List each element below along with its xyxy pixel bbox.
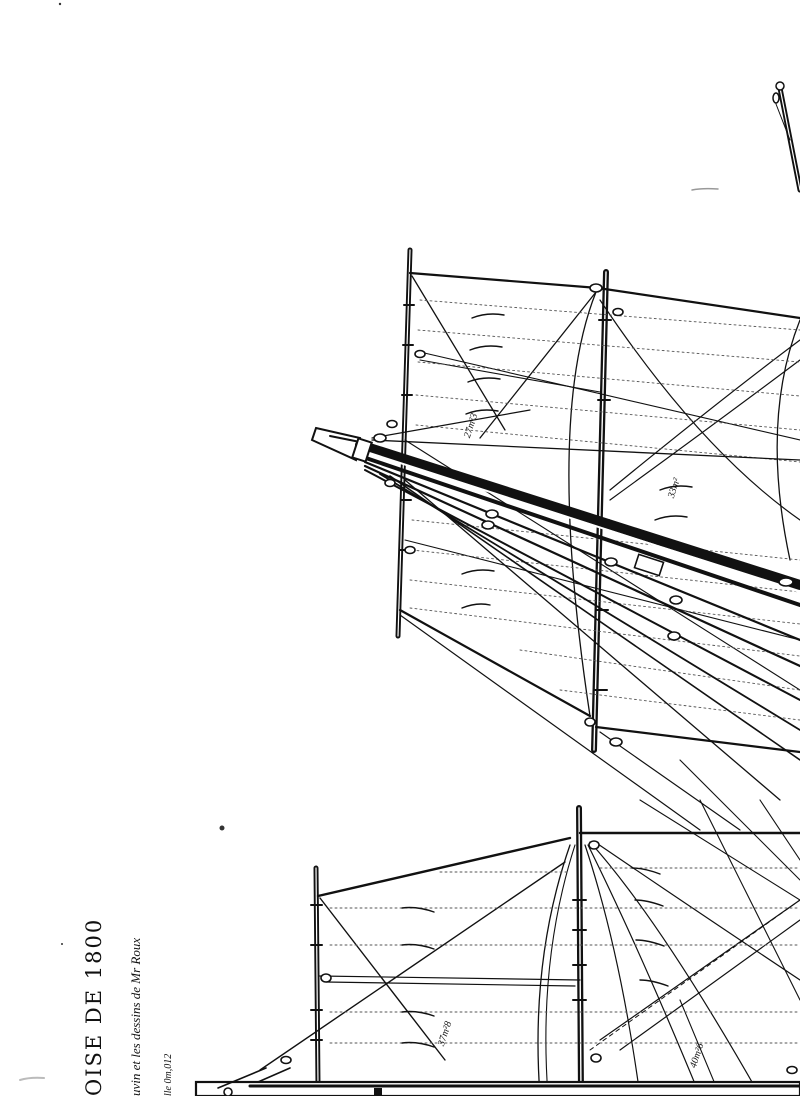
rigging-plan-drawing [0,0,800,1096]
bowsprit [312,410,800,800]
upper-sail-group [312,250,800,830]
lower-sail-group [196,760,800,1096]
plate-title: OISE DE 1800 [82,918,106,1096]
plate-subtitle: uvin et les dessins de Mr Roux [128,938,144,1096]
topmast-fragment [773,82,800,190]
plate-scale-note: lle 0m,012 [163,1054,174,1096]
